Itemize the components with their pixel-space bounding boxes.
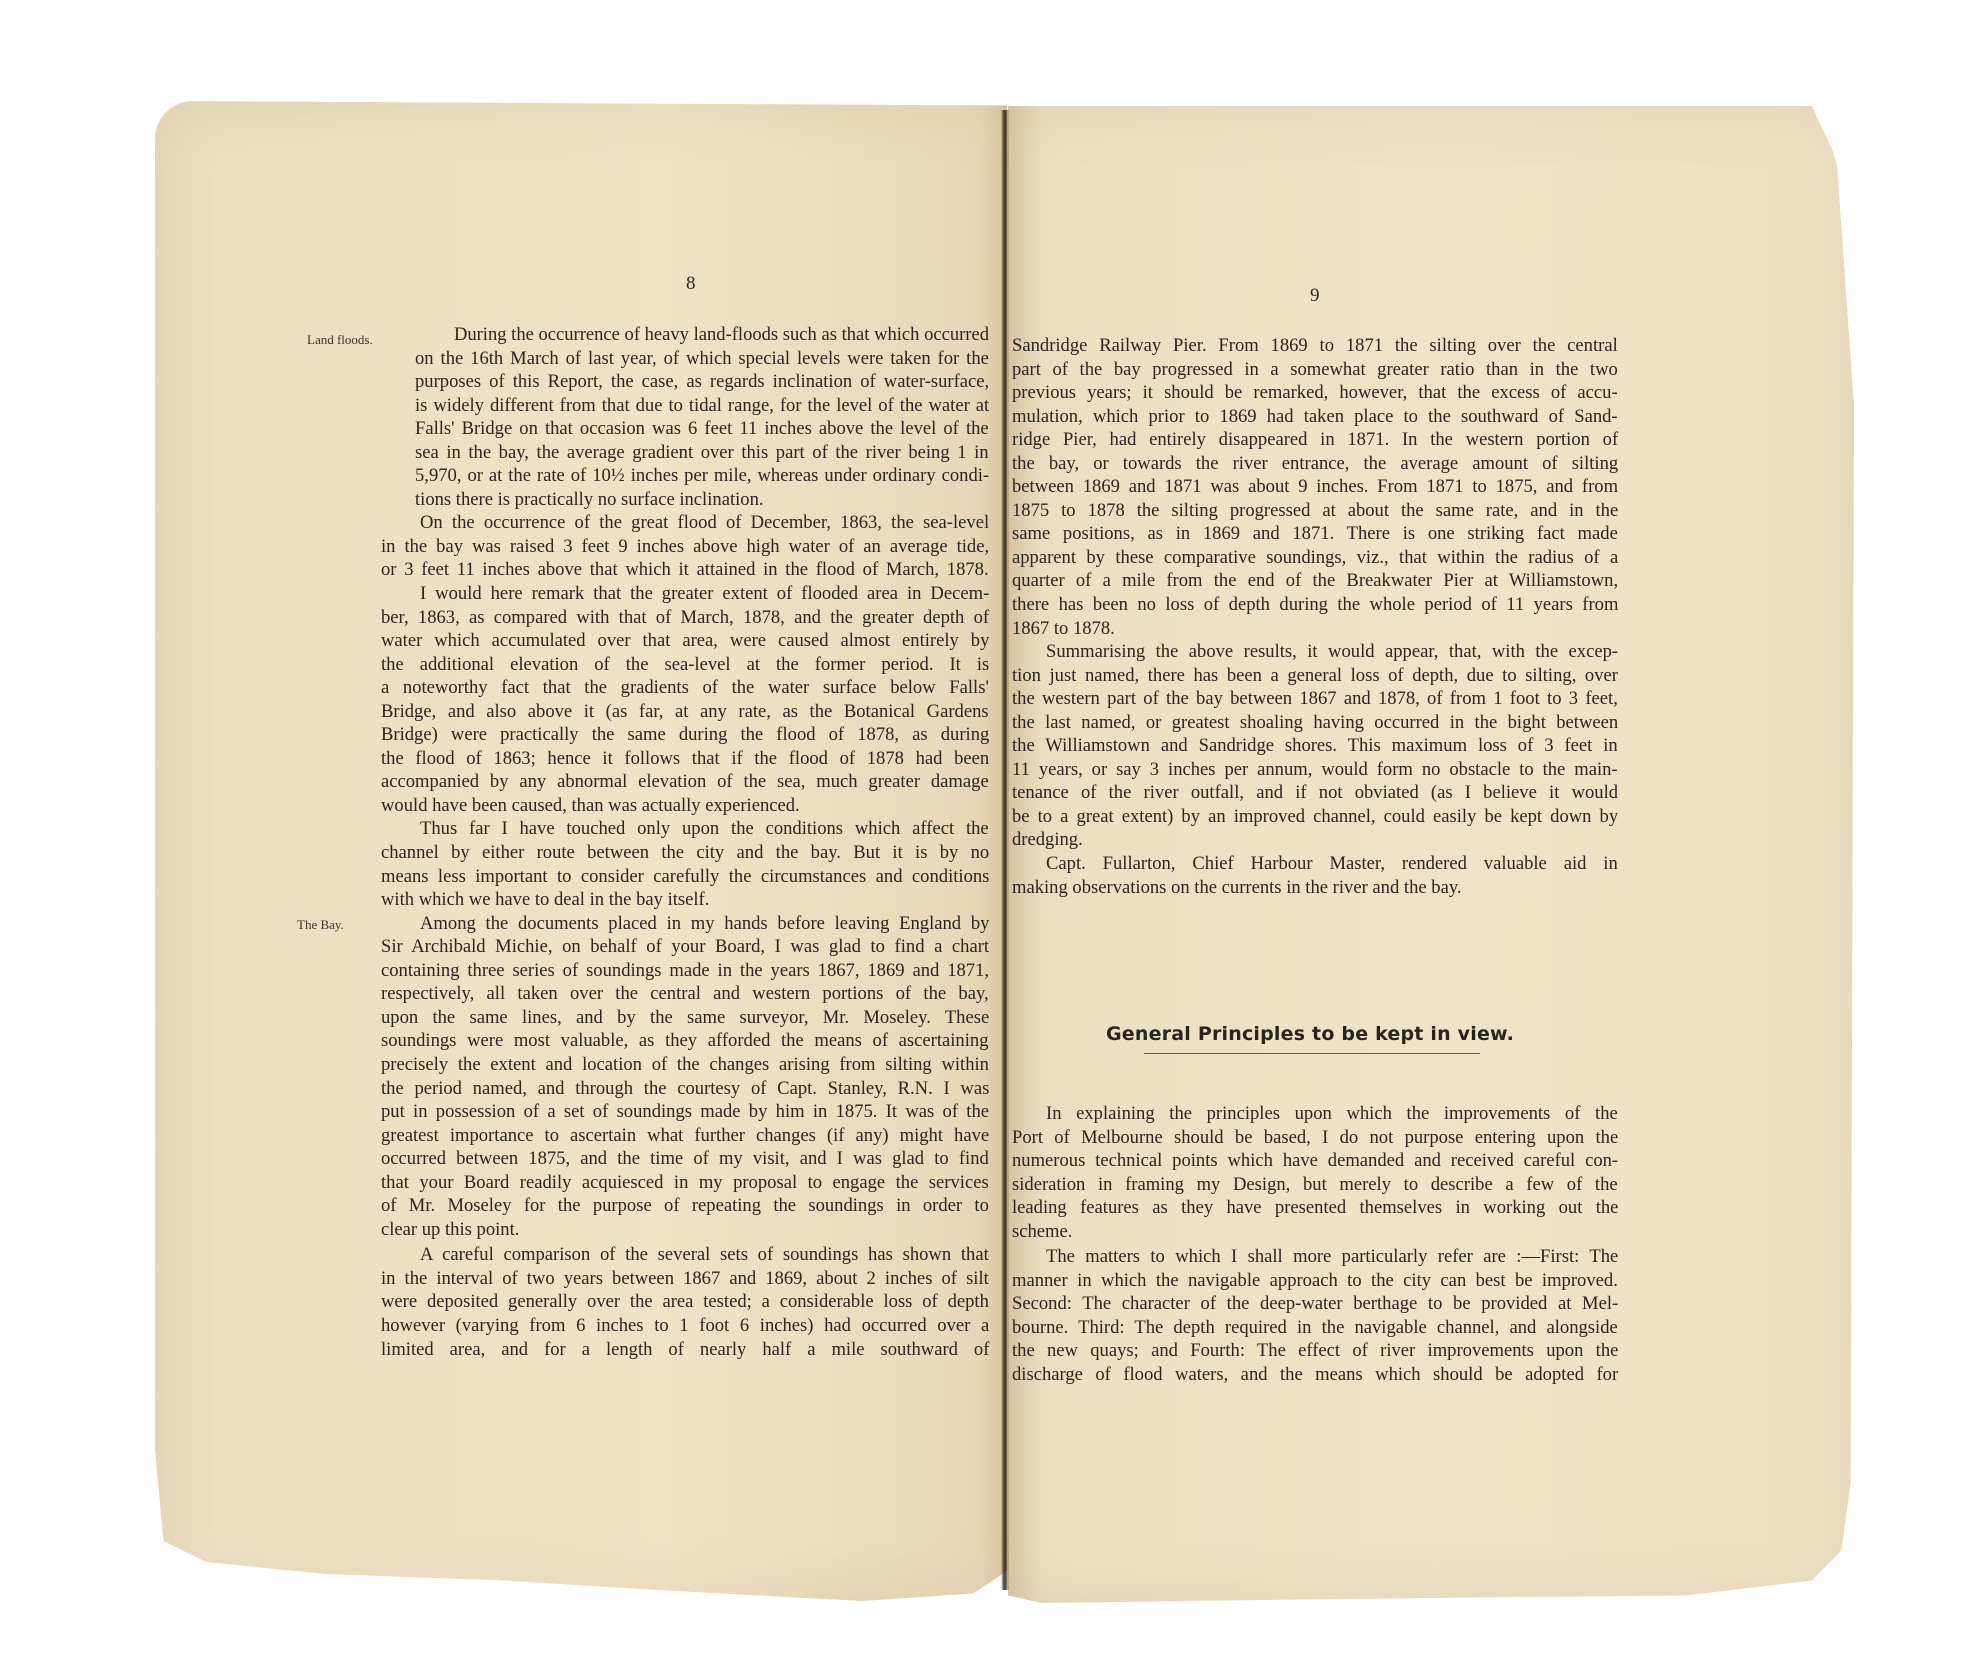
paragraph: A careful comparison of the several sets… (381, 1243, 989, 1361)
text-line: between 1869 and 1871 was about 9 inches… (1012, 475, 1618, 499)
text-line: occurred between 1875, and the time of m… (381, 1147, 989, 1171)
text-line: Second: The character of the deep-water … (1012, 1292, 1618, 1316)
right-page-body-bottom: In explaining the principles upon which … (1012, 1102, 1618, 1387)
text-line: dredging. (1012, 828, 1618, 852)
text-line: a noteworthy fact that the gradients of … (381, 676, 989, 700)
text-line: 1867 to 1878. (1012, 617, 1618, 641)
text-line: clear up this point. (381, 1218, 989, 1242)
text-line: leading features as they have presented … (1012, 1196, 1618, 1220)
text-line: During the occurrence of heavy land-floo… (420, 323, 989, 347)
paragraph: In explaining the principles upon which … (1012, 1102, 1618, 1243)
section-heading: General Principles to be kept in view. (1106, 1023, 1514, 1045)
text-line: the bay, or towards the river entrance, … (1012, 452, 1618, 476)
text-line: be to a great extent) by an improved cha… (1012, 805, 1618, 829)
text-line: the period named, and through the courte… (381, 1077, 989, 1101)
text-line: limited area, and for a length of nearly… (381, 1338, 989, 1362)
text-line: that your Board readily acquiesced in my… (381, 1171, 989, 1195)
paragraph: The matters to which I shall more partic… (1012, 1245, 1618, 1386)
text-line: The matters to which I shall more partic… (1046, 1245, 1618, 1269)
text-line: Bridge) were practically the same during… (381, 723, 989, 747)
right-page-body-top: Sandridge Railway Pier. From 1869 to 187… (1012, 334, 1618, 899)
text-line: in the bay was raised 3 feet 9 inches ab… (381, 535, 989, 559)
text-line: part of the bay progressed in a somewhat… (1012, 358, 1618, 382)
text-line: same positions, as in 1869 and 1871. The… (1012, 522, 1618, 546)
paragraph: On the occurrence of the great flood of … (381, 511, 989, 582)
left-page-body: During the occurrence of heavy land-floo… (381, 323, 989, 1361)
text-line: or 3 feet 11 inches above that which it … (381, 558, 989, 582)
text-line: water which accumulated over that area, … (381, 629, 989, 653)
book-spread: 8 Land floods. The Bay. During the occur… (0, 0, 1980, 1674)
text-line: on the 16th March of last year, of which… (381, 347, 989, 371)
text-line: greatest importance to ascertain what fu… (381, 1124, 989, 1148)
text-line: A careful comparison of the several sets… (420, 1243, 989, 1267)
text-line: the additional elevation of the sea-leve… (381, 653, 989, 677)
page-number-left: 8 (686, 273, 696, 295)
paragraph: Summarising the above results, it would … (1012, 640, 1618, 852)
text-line: ridge Pier, had entirely disappeared in … (1012, 428, 1618, 452)
page-number-right: 9 (1310, 285, 1320, 307)
text-line: manner in which the navigable approach t… (1012, 1269, 1618, 1293)
text-line: scheme. (1012, 1220, 1618, 1244)
text-line: put in possession of a set of soundings … (381, 1100, 989, 1124)
text-line: the Williamstown and Sandridge shores. T… (1012, 734, 1618, 758)
text-line: Sandridge Railway Pier. From 1869 to 187… (1012, 334, 1618, 358)
text-line: containing three series of soundings mad… (381, 959, 989, 983)
text-line: precisely the extent and location of the… (381, 1053, 989, 1077)
text-line: accompanied by any abnormal elevation of… (381, 770, 989, 794)
text-line: tions there is practically no surface in… (381, 488, 989, 512)
text-line: On the occurrence of the great flood of … (420, 511, 989, 535)
text-line: bourne. Third: The depth required in the… (1012, 1316, 1618, 1340)
paragraph: I would here remark that the greater ext… (381, 582, 989, 817)
text-line: the last named, or greatest shoaling hav… (1012, 711, 1618, 735)
text-line: channel by either route between the city… (381, 841, 989, 865)
text-line: Summarising the above results, it would … (1046, 640, 1618, 664)
paragraph: Among the documents placed in my hands b… (381, 912, 989, 1242)
text-line: numerous technical points which have dem… (1012, 1149, 1618, 1173)
text-line: ber, 1863, as compared with that of Marc… (381, 606, 989, 630)
text-line: Bridge, and also above it (as far, at an… (381, 700, 989, 724)
text-line: would have been caused, than was actuall… (381, 794, 989, 818)
margin-note-the-bay: The Bay. (297, 917, 344, 933)
text-line: I would here remark that the greater ext… (420, 582, 989, 606)
text-line: is widely different from that due to tid… (381, 394, 989, 418)
text-line: in the interval of two years between 186… (381, 1267, 989, 1291)
text-line: previous years; it should be remarked, h… (1012, 381, 1618, 405)
text-line: of Mr. Moseley for the purpose of repeat… (381, 1194, 989, 1218)
text-line: sea in the bay, the average gradient ove… (381, 441, 989, 465)
margin-note-land-floods: Land floods. (307, 332, 373, 348)
paragraph: During the occurrence of heavy land-floo… (381, 323, 989, 511)
text-line: were deposited generally over the area t… (381, 1290, 989, 1314)
text-line: 11 years, or say 3 inches per annum, wou… (1012, 758, 1618, 782)
text-line: tenance of the river outfall, and if not… (1012, 781, 1618, 805)
text-line: mulation, which prior to 1869 had taken … (1012, 405, 1618, 429)
text-line: there has been no loss of depth during t… (1012, 593, 1618, 617)
text-line: 1875 to 1878 the silting progressed at a… (1012, 499, 1618, 523)
text-line: means less important to consider careful… (381, 865, 989, 889)
paragraph: Capt. Fullarton, Chief Harbour Master, r… (1012, 852, 1618, 899)
text-line: however (varying from 6 inches to 1 foot… (381, 1314, 989, 1338)
text-line: the western part of the bay between 1867… (1012, 687, 1618, 711)
text-line: sideration in framing my Design, but mer… (1012, 1173, 1618, 1197)
text-line: upon the same lines, and by the same sur… (381, 1006, 989, 1030)
text-line: with which we have to deal in the bay it… (381, 888, 989, 912)
text-line: quarter of a mile from the end of the Br… (1012, 569, 1618, 593)
text-line: Thus far I have touched only upon the co… (420, 817, 989, 841)
text-line: Capt. Fullarton, Chief Harbour Master, r… (1046, 852, 1618, 876)
book-gutter (1001, 110, 1009, 1590)
text-line: discharge of flood waters, and the means… (1012, 1363, 1618, 1387)
paragraph: Sandridge Railway Pier. From 1869 to 187… (1012, 334, 1618, 640)
text-line: respectively, all taken over the central… (381, 982, 989, 1006)
text-line: the flood of 1863; hence it follows that… (381, 747, 989, 771)
text-line: In explaining the principles upon which … (1046, 1102, 1618, 1126)
text-line: apparent by these comparative soundings,… (1012, 546, 1618, 570)
text-line: soundings were most valuable, as they af… (381, 1029, 989, 1053)
text-line: 5,970, or at the rate of 10½ inches per … (381, 464, 989, 488)
text-line: Sir Archibald Michie, on behalf of your … (381, 935, 989, 959)
text-line: making observations on the currents in t… (1012, 876, 1618, 900)
text-line: Among the documents placed in my hands b… (420, 912, 989, 936)
text-line: Port of Melbourne should be based, I do … (1012, 1126, 1618, 1150)
text-line: tion just named, there has been a genera… (1012, 664, 1618, 688)
text-line: Falls' Bridge on that occasion was 6 fee… (381, 417, 989, 441)
text-line: the new quays; and Fourth: The effect of… (1012, 1339, 1618, 1363)
paragraph: Thus far I have touched only upon the co… (381, 817, 989, 911)
text-line: purposes of this Report, the case, as re… (381, 370, 989, 394)
heading-underline (1144, 1053, 1480, 1054)
